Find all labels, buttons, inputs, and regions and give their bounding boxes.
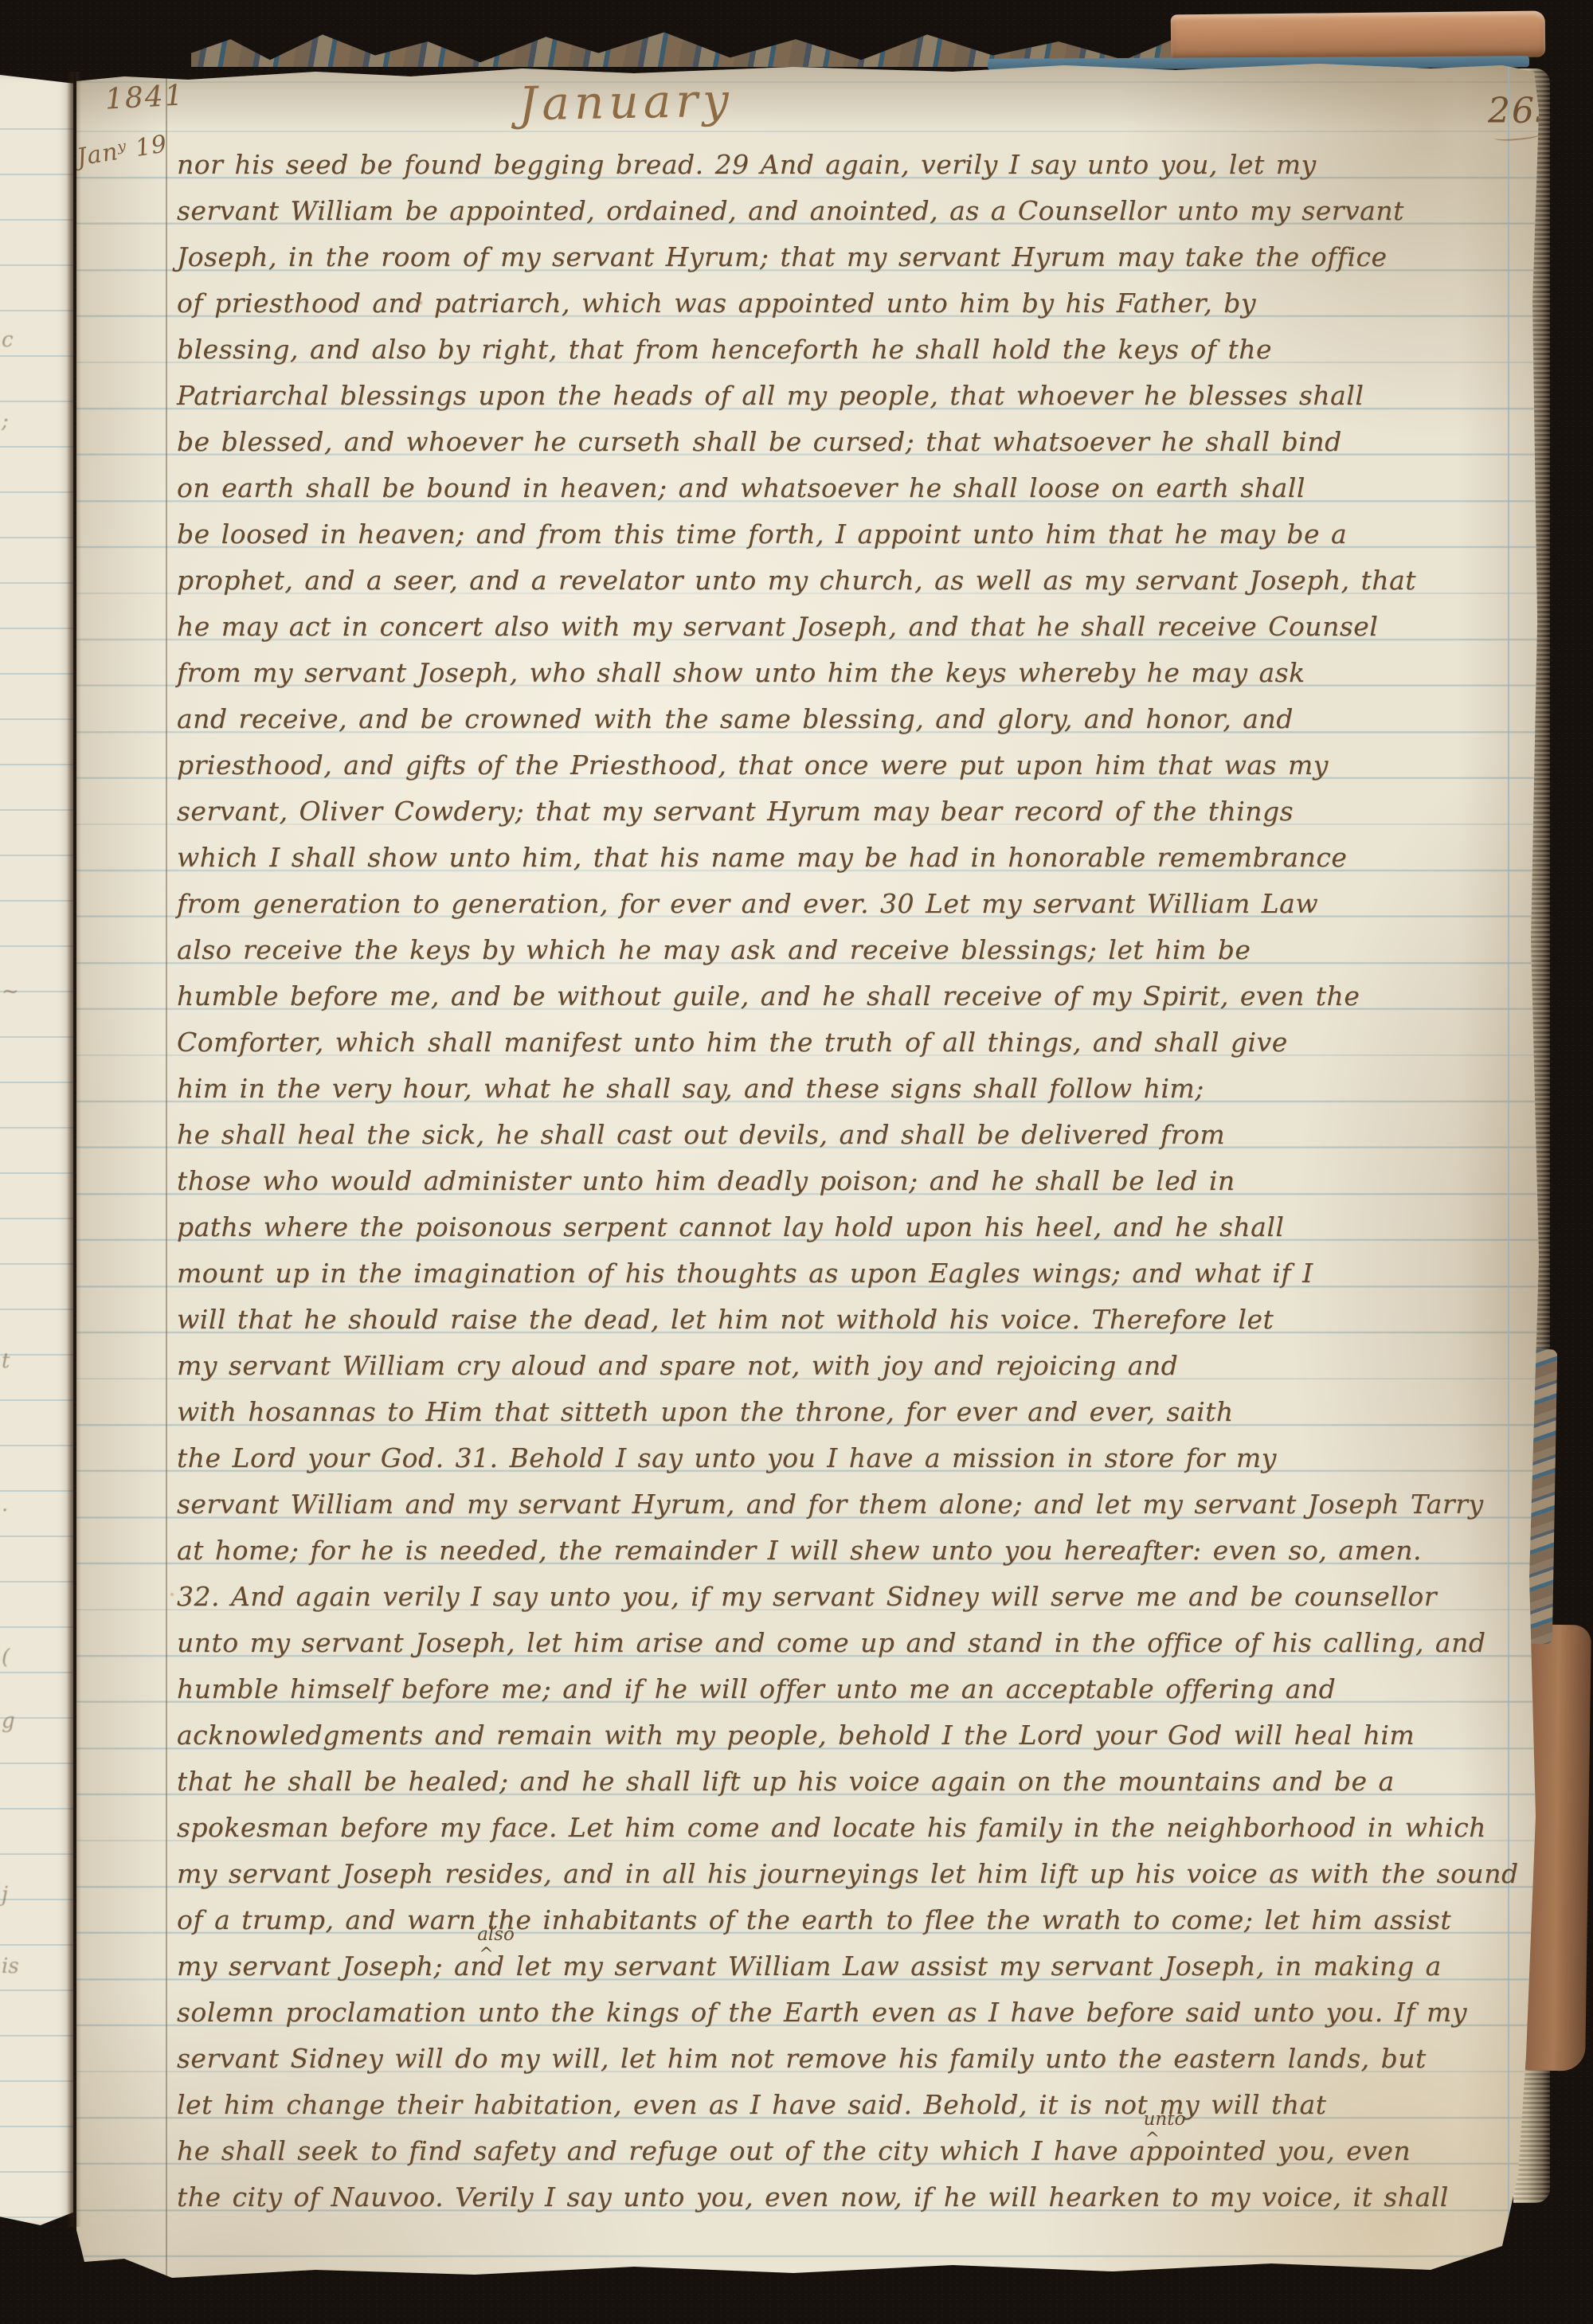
- ink-fragment: (: [2, 1645, 10, 1669]
- ink-fragment: g: [2, 1709, 15, 1733]
- manuscript-line: will that he should raise the dead, let …: [177, 1297, 1483, 1343]
- ink-fragment: is: [2, 1954, 19, 1978]
- ink-fragment: t: [2, 1349, 10, 1373]
- manuscript-line: and receive, and be crowned with the sam…: [177, 696, 1483, 742]
- manuscript-line: of priesthood and patriarch, which was a…: [177, 280, 1483, 327]
- manuscript-line: spokesman before my face. Let him come a…: [177, 1805, 1483, 1851]
- manuscript-line: Comforter, which shall manifest unto him…: [177, 1019, 1483, 1066]
- manuscript-line: he shall seek to find safety and refuge …: [177, 2128, 1483, 2174]
- scanned-manuscript-page: c;~t.(gjis 1841 January 263 Janʸ 19 nor …: [0, 0, 1593, 2324]
- manuscript-line: mount up in the imagination of his thoug…: [177, 1250, 1483, 1297]
- facing-page-edge: c;~t.(gjis: [0, 75, 73, 2225]
- manuscript-line: let him change their habitation, even as…: [177, 2082, 1483, 2128]
- manuscript-line: 32. And again verily I say unto you, if …: [177, 1574, 1483, 1620]
- manuscript-line: solemn proclamation unto the kings of th…: [177, 1989, 1483, 2036]
- gutter-crease: [67, 72, 81, 2227]
- manuscript-line: be loosed in heaven; and from this time …: [177, 511, 1483, 558]
- manuscript-line: unto my servant Joseph, let him arise an…: [177, 1620, 1483, 1666]
- manuscript-line: him in the very hour, what he shall say,…: [177, 1066, 1483, 1112]
- manuscript-line: servant, Oliver Cowdery; that my servant…: [177, 788, 1483, 835]
- manuscript-line: my servant Joseph; and let my servant Wi…: [177, 1943, 1483, 1989]
- manuscript-line: blessing, and also by right, that from h…: [177, 327, 1483, 373]
- margin-rule-left: [166, 64, 167, 2284]
- manuscript-line: he may act in concert also with my serva…: [177, 604, 1483, 650]
- manuscript-line: that he shall be healed; and he shall li…: [177, 1759, 1483, 1805]
- manuscript-line: servant William and my servant Hyrum, an…: [177, 1481, 1483, 1528]
- manuscript-line: those who would administer unto him dead…: [177, 1158, 1483, 1204]
- ink-fragment: ;: [2, 409, 9, 433]
- manuscript-line: on earth shall be bound in heaven; and w…: [177, 465, 1483, 511]
- manuscript-line: Patriarchal blessings upon the heads of …: [177, 373, 1483, 419]
- year-label: 1841: [104, 79, 186, 115]
- manuscript-line: from my servant Joseph, who shall show u…: [177, 650, 1483, 696]
- manuscript-line: acknowledgments and remain with my peopl…: [177, 1712, 1483, 1759]
- ink-fragment: c: [2, 328, 14, 352]
- manuscript-text: nor his seed be found begging bread. 29 …: [177, 142, 1483, 2220]
- margin-rule-right: [1508, 64, 1509, 2284]
- manuscript-line: at home; for he is needed, the remainder…: [177, 1528, 1483, 1574]
- ink-fragment: .: [2, 1493, 8, 1516]
- manuscript-line: the city of Nauvoo. Verily I say unto yo…: [177, 2174, 1483, 2220]
- manuscript-line: humble before me, and be without guile, …: [177, 973, 1483, 1019]
- manuscript-line: paths where the poisonous serpent cannot…: [177, 1204, 1483, 1250]
- manuscript-line: Joseph, in the room of my servant Hyrum;…: [177, 234, 1483, 280]
- manuscript-line: which I shall show unto him, that his na…: [177, 835, 1483, 881]
- manuscript-line: with hosannas to Him that sitteth upon t…: [177, 1389, 1483, 1435]
- manuscript-line: from generation to generation, for ever …: [177, 881, 1483, 927]
- ink-fragment: ~: [2, 980, 19, 1004]
- margin-date: Janʸ 19: [75, 130, 170, 171]
- manuscript-line: humble himself before me; and if he will…: [177, 1666, 1483, 1712]
- manuscript-line: servant Sidney will do my will, let him …: [177, 2036, 1483, 2082]
- manuscript-line: prophet, and a seer, and a revelator unt…: [177, 558, 1483, 604]
- page-number-flourish: [1494, 130, 1541, 142]
- ink-fragment: j: [2, 1883, 8, 1907]
- manuscript-line: also receive the keys by which he may as…: [177, 927, 1483, 973]
- manuscript-line: of a trump, and warn the inhabitants of …: [177, 1897, 1483, 1943]
- month-heading: January: [450, 72, 801, 132]
- manuscript-line: priesthood, and gifts of the Priesthood,…: [177, 742, 1483, 788]
- manuscript-line: my servant William cry aloud and spare n…: [177, 1343, 1483, 1389]
- manuscript-line: servant William be appointed, ordained, …: [177, 188, 1483, 234]
- leather-binding-edge: [1171, 11, 1546, 61]
- manuscript-line: be blessed, and whoever he curseth shall…: [177, 419, 1483, 465]
- manuscript-line: he shall heal the sick, he shall cast ou…: [177, 1112, 1483, 1158]
- manuscript-line: the Lord your God. 31. Behold I say unto…: [177, 1435, 1483, 1481]
- manuscript-page: 1841 January 263 Janʸ 19 nor his seed be…: [76, 64, 1545, 2284]
- manuscript-line: my servant Joseph resides, and in all hi…: [177, 1851, 1483, 1897]
- manuscript-line: nor his seed be found begging bread. 29 …: [177, 142, 1483, 188]
